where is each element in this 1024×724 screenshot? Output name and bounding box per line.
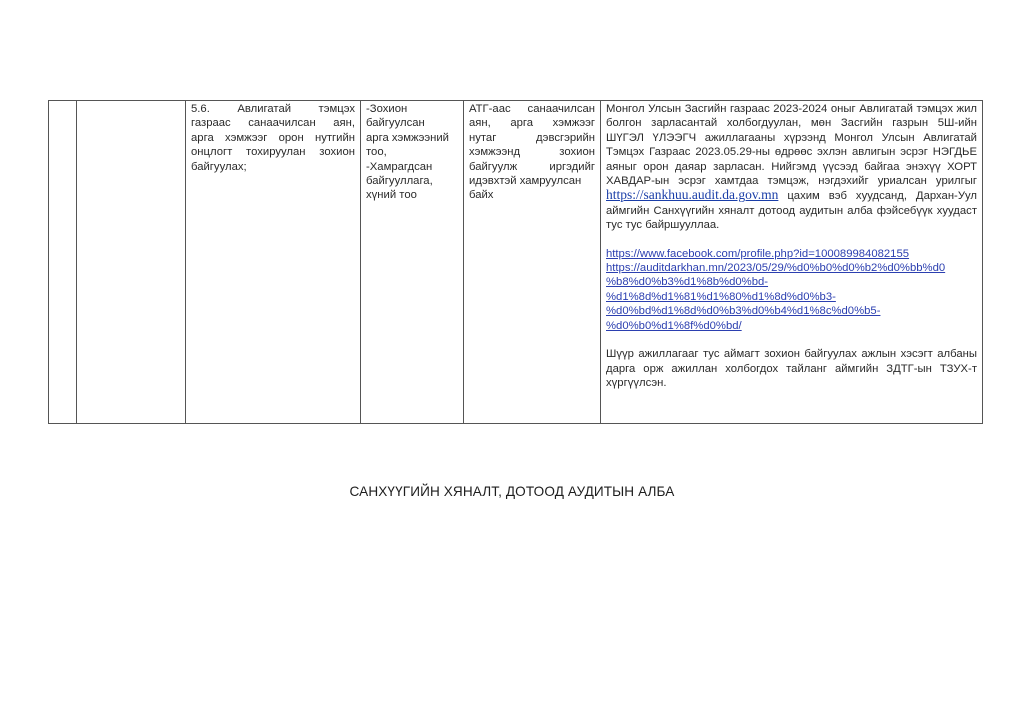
auditdarkhan-article-link-cont[interactable]: %d1%8d%d1%81%d1%80%d1%8d%d0%b3- [606,290,977,304]
result-line: байх [469,188,595,202]
indicator-line: хүний тоо [366,188,458,202]
result-line: аян, арга хэмжээг [469,116,595,130]
indicator-line: тоо, [366,145,458,159]
auditdarkhan-article-link[interactable]: https://auditdarkhan.mn/2023/05/29/%d0%b… [606,261,977,275]
organization-title: САНХҮҮГИЙН ХЯНАЛТ, ДОТООД АУДИТЫН АЛБА [0,484,1024,499]
cell-number [49,101,77,424]
task-line: онцлогт тохируулан зохион [191,145,355,159]
indicator-line: арга хэмжээний [366,131,458,145]
cell-goal [77,101,186,424]
result-line: байгуулж иргэдийг [469,160,595,174]
indicator-line: байгууллага, [366,174,458,188]
sankhuu-website-link[interactable]: https://sankhuu.audit.da.gov.mn [606,187,778,202]
facebook-profile-link[interactable]: https://www.facebook.com/profile.php?id=… [606,247,977,261]
implementation-paragraph-2: Шүүр ажиллагааг тус аймагт зохион байгуу… [606,347,977,390]
indicator-line: байгуулсан [366,116,458,130]
task-line: байгуулах; [191,160,355,174]
indicator-line: -Зохион [366,102,458,116]
table-row: 5.6. Авлигатай тэмцэх газраас санаачилса… [49,101,983,424]
cell-expected-result: АТГ-аас санаачилсан аян, арга хэмжээг ну… [464,101,601,424]
indicator-line: -Хамрагдсан [366,160,458,174]
task-line: арга хэмжээг орон нутгийн [191,131,355,145]
task-line: газраас санаачилсан аян, [191,116,355,130]
implementation-paragraph-1: Монгол Улсын Засгийн газраас 2023-2024 о… [606,102,977,233]
report-table: 5.6. Авлигатай тэмцэх газраас санаачилса… [48,100,983,424]
result-line: хэмжээнд зохион [469,145,595,159]
cell-task: 5.6. Авлигатай тэмцэх газраас санаачилса… [186,101,361,424]
auditdarkhan-article-link-cont[interactable]: %b8%d0%b3%d1%8b%d0%bd- [606,275,977,289]
cell-indicator: -Зохион байгуулсан арга хэмжээний тоо, -… [361,101,464,424]
auditdarkhan-article-link-cont[interactable]: %d0%b0%d1%8f%d0%bd/ [606,319,977,333]
links-block: https://www.facebook.com/profile.php?id=… [606,247,977,333]
auditdarkhan-article-link-cont[interactable]: %d0%bd%d1%8d%d0%b3%d0%b4%d1%8c%d0%b5- [606,304,977,318]
implementation-text: Монгол Улсын Засгийн газраас 2023-2024 о… [606,103,977,187]
task-line: 5.6. Авлигатай тэмцэх [191,102,355,116]
result-line: нутаг дэвсгэрийн [469,131,595,145]
result-line: АТГ-аас санаачилсан [469,102,595,116]
result-line: идэвхтэй хамруулсан [469,174,595,188]
cell-implementation: Монгол Улсын Засгийн газраас 2023-2024 о… [601,101,983,424]
